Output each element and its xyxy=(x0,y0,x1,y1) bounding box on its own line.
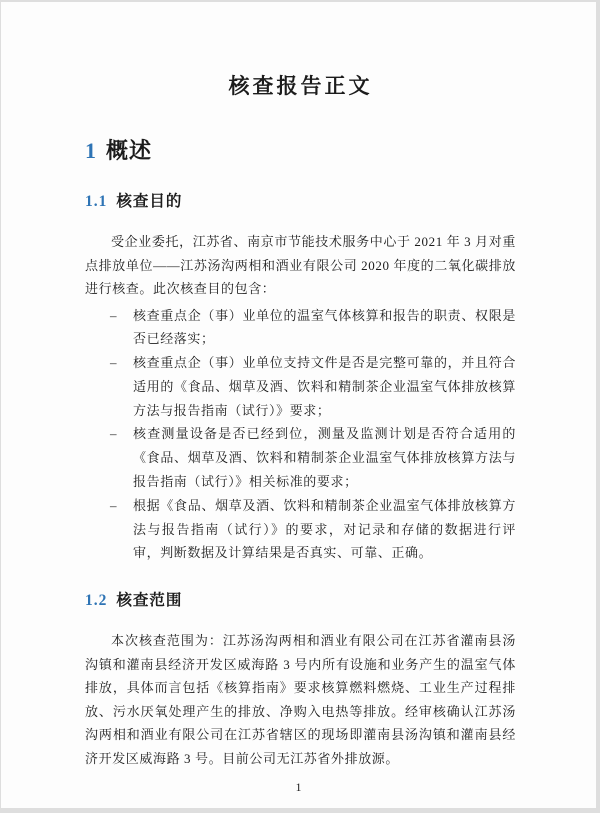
document-title: 核查报告正文 xyxy=(85,72,516,100)
bullet-marker: – xyxy=(110,494,117,518)
section-number: 1.2 xyxy=(85,592,107,609)
list-item: – 核查测量设备是否已经到位，测量及监测计划是否符合适用的《食品、烟草及酒、饮料… xyxy=(85,422,516,493)
scope-paragraph: 本次核查范围为：江苏汤沟两相和酒业有限公司在江苏省灌南县汤沟镇和灌南县经济开发区… xyxy=(85,629,516,770)
bullet-marker: – xyxy=(110,422,117,446)
section-title: 核查目的 xyxy=(116,193,182,210)
bullet-marker: – xyxy=(110,304,117,328)
section-number: 1.1 xyxy=(85,193,107,210)
list-item: – 根据《食品、烟草及酒、饮料和精制茶企业温室气体排放核算方法与报告指南（试行）… xyxy=(85,494,516,565)
purpose-intro-paragraph: 受企业委托，江苏省、南京市节能技术服务中心于 2021 年 3 月对重点排放单位… xyxy=(85,230,516,301)
list-item-text: 核查重点企（事）业单位支持文件是否是完整可靠的，并且符合适用的《食品、烟草及酒、… xyxy=(133,355,516,418)
section-title: 概述 xyxy=(106,138,152,163)
section-heading-scope: 1.2核查范围 xyxy=(85,590,516,611)
page-number: 1 xyxy=(1,780,596,795)
document-content: 核查报告正文 1概述 1.1核查目的 受企业委托，江苏省、南京市节能技术服务中心… xyxy=(85,2,516,770)
section-number: 1 xyxy=(85,138,97,163)
section-heading-purpose: 1.1核查目的 xyxy=(85,191,516,212)
list-item-text: 核查重点企（事）业单位的温室气体核算和报告的职责、权限是否已经落实； xyxy=(133,308,516,347)
list-item-text: 根据《食品、烟草及酒、饮料和精制茶企业温室气体排放核算方法与报告指南（试行）》的… xyxy=(133,498,516,561)
document-page: 核查报告正文 1概述 1.1核查目的 受企业委托，江苏省、南京市节能技术服务中心… xyxy=(1,2,596,808)
section-title: 核查范围 xyxy=(116,592,182,609)
bullet-marker: – xyxy=(110,351,117,375)
list-item: – 核查重点企（事）业单位的温室气体核算和报告的职责、权限是否已经落实； xyxy=(85,304,516,352)
list-item: – 核查重点企（事）业单位支持文件是否是完整可靠的，并且符合适用的《食品、烟草及… xyxy=(85,351,516,422)
section-heading-overview: 1概述 xyxy=(85,136,516,166)
purpose-bullet-list: – 核查重点企（事）业单位的温室气体核算和报告的职责、权限是否已经落实； – 核… xyxy=(85,304,516,566)
list-item-text: 核查测量设备是否已经到位，测量及监测计划是否符合适用的《食品、烟草及酒、饮料和精… xyxy=(133,426,516,489)
